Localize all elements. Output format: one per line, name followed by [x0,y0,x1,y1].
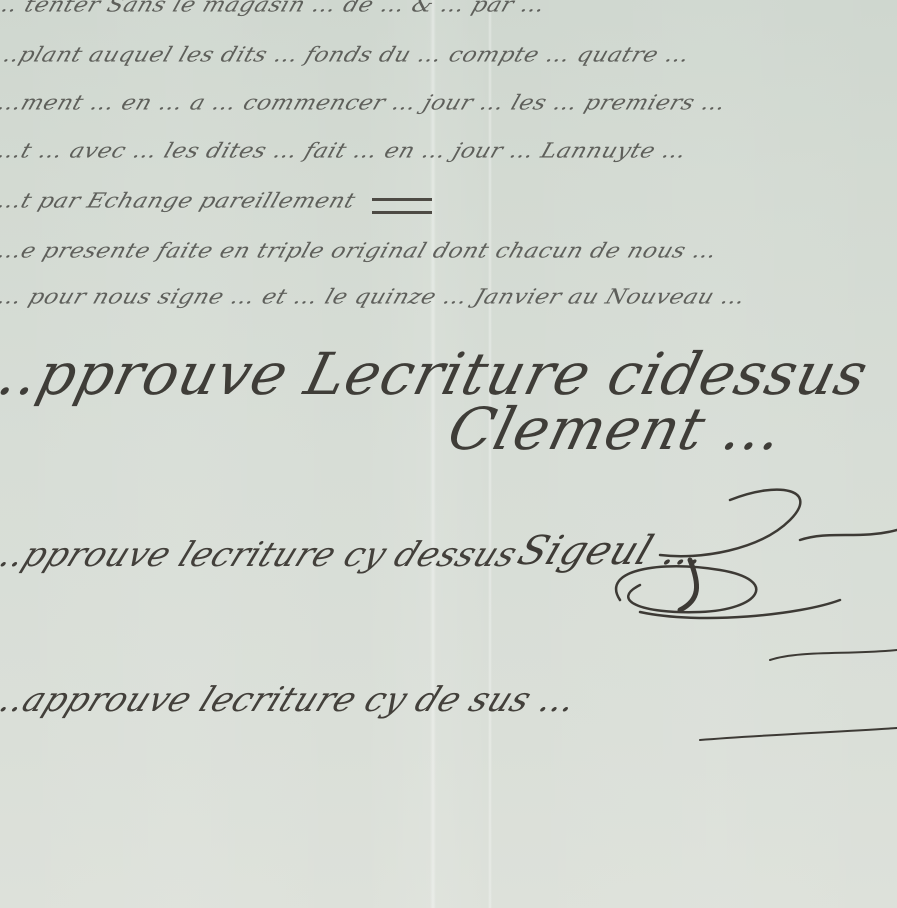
body-line-4: …t … avec … les dites … fait … en … jour… [0,139,690,162]
body-line-1: … tenter Sans le magasin … de … & … par … [0,0,548,17]
approval-1-signature: Clement … [442,395,792,463]
double-rule [372,198,432,214]
approval-2-text: …pprouve lecriture cy dessus [0,535,523,575]
body-line-2: …plant auquel les dits … fonds du … comp… [0,43,693,66]
approval-2-signature: Sigeul … [512,528,713,574]
paper-fold [430,0,436,908]
manuscript-page: … tenter Sans le magasin … de … & … par … [0,0,897,908]
body-line-7: … pour nous signe … et … le quinze … Jan… [0,285,749,308]
body-line-3: …ment … en … a … commencer … jour … les … [0,91,729,114]
approval-3-text: …approuve lecriture cy de sus … [0,680,583,720]
body-line-5: …t par Echange pareillement [0,189,358,212]
body-line-6: …e presente faite en triple original don… [0,239,720,262]
